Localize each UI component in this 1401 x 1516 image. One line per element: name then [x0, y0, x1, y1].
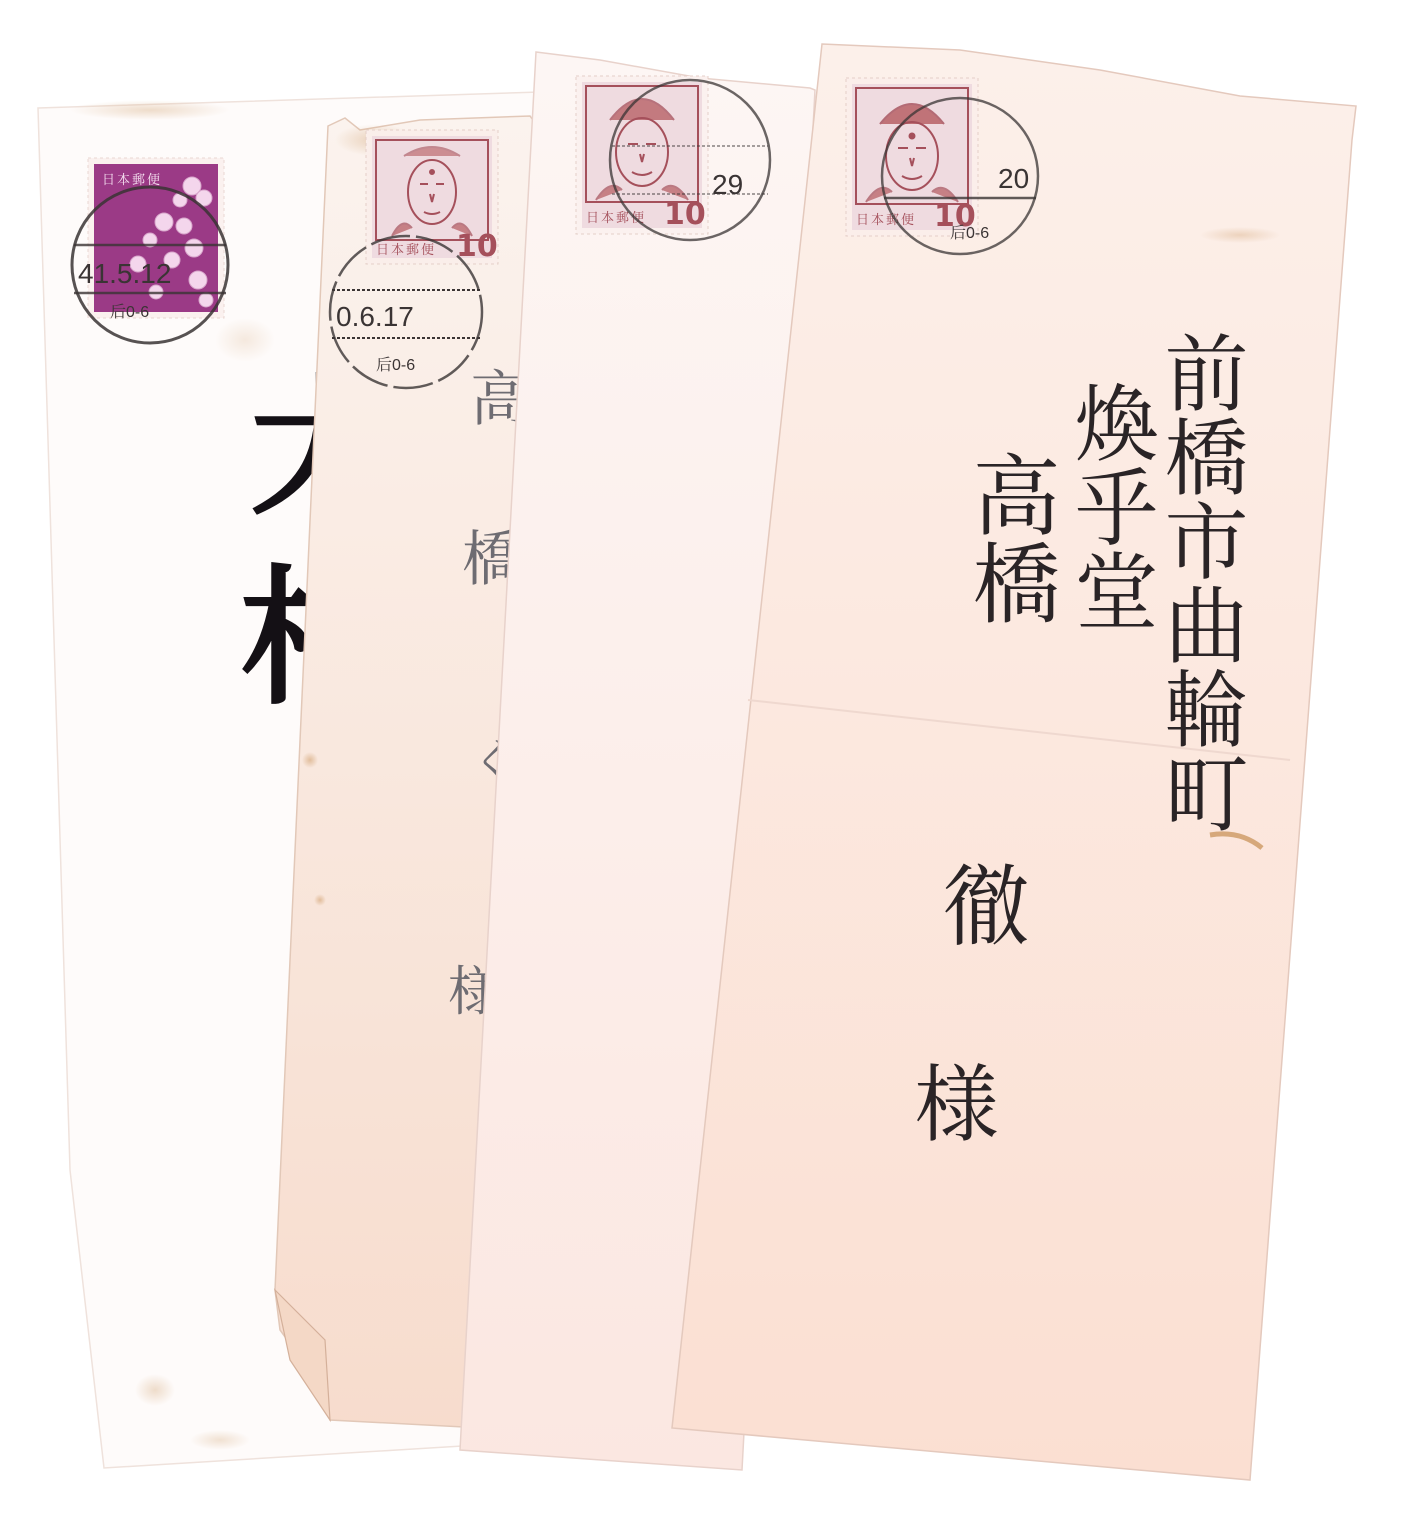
- svg-text:前橋市曲輪町: 前橋市曲輪町: [1151, 330, 1249, 834]
- stamp-country-label: 日本郵便: [856, 212, 916, 228]
- stamp-denomination: 10: [664, 197, 706, 232]
- postmark-time: 后0-6: [950, 224, 989, 242]
- stamp-bodhisattva-3: 日本郵便 10: [576, 76, 708, 234]
- svg-text:高橋: 高橋: [959, 450, 1062, 626]
- postmark-date: 41.5.12: [78, 258, 171, 289]
- svg-text:様: 様: [901, 1060, 999, 1144]
- envelopes-photo: 日本郵便 41.5.12 后0-6 大 村: [0, 0, 1401, 1516]
- stamp-country-label: 日本郵便: [376, 242, 436, 258]
- address-line-2: 煥乎堂: [1061, 380, 1159, 632]
- svg-text:煥乎堂: 煥乎堂: [1061, 380, 1159, 632]
- svg-text:徹: 徹: [929, 860, 1032, 948]
- postmark-date: 29: [712, 169, 743, 200]
- recipient-honorific: 様: [901, 1060, 999, 1144]
- address-line-1: 前橋市曲輪町: [1151, 330, 1249, 834]
- stamp-denomination: 10: [456, 229, 498, 264]
- postmark-date: 20: [998, 163, 1029, 194]
- postmark-time: 后0-6: [376, 356, 415, 374]
- postmark-date: 0.6.17: [336, 301, 414, 332]
- stamp-country-label: 日本郵便: [586, 210, 646, 226]
- stamp-bodhisattva-2: 日本郵便 10: [366, 130, 498, 264]
- recipient-surname: 高橋: [959, 450, 1062, 626]
- postmark-time: 后0-6: [110, 303, 149, 321]
- stamp-bodhisattva-4: 日本郵便 10: [846, 78, 978, 236]
- recipient-given-name: 徹: [929, 860, 1032, 948]
